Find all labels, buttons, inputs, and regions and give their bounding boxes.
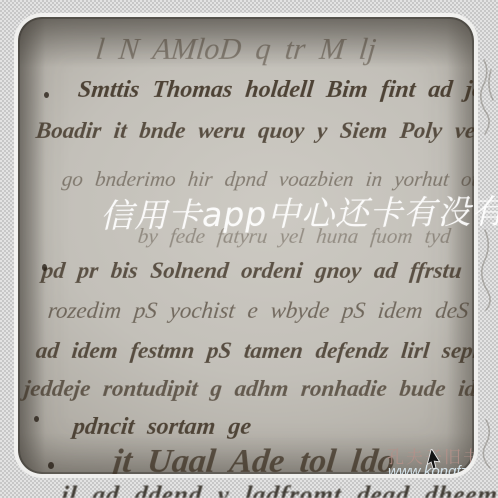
ink-spot [48, 462, 54, 469]
ink-spot [34, 416, 39, 422]
photo-reflection-text: il ad ddend y ladfromt dead dheem mw wry… [61, 482, 498, 498]
manuscript-line: Boadir it bnde weru quoy y Siem Poly ven… [35, 118, 478, 144]
ink-spot [42, 264, 47, 271]
manuscript-line: Smttis Thomas holdell Bim fint ad jospon… [77, 77, 478, 104]
manuscript-line: go bnderimo hir dpnd voazbien in yorhut … [61, 167, 478, 192]
caption-overlay-text: 信用卡app中心还卡有没有 [100, 190, 498, 238]
manuscript-line: jeddeje rontudipit g adhm ronhadie bude … [23, 376, 478, 402]
photo-spill-right [478, 0, 498, 480]
manuscript-line: l N AMloD q tr M lj [94, 33, 377, 67]
ink-spot [44, 92, 49, 98]
manuscript-line: pd pr bis Solnend ordeni gnoy ad ffrstu … [41, 258, 478, 284]
transparency-checkerboard-background: l N AMloD q tr M lj Smttis Thomas holdel… [0, 0, 498, 498]
manuscript-line: ad idem festmn pS tamen defendz lirl sep… [35, 338, 478, 364]
manuscript-line: pdncit sortam ge [72, 414, 253, 441]
manuscript-line: rozedim pS yochist e wbyde pS idem deS p… [47, 298, 478, 324]
mouse-cursor-icon [426, 449, 442, 471]
manuscript-photo[interactable]: l N AMloD q tr M lj Smttis Thomas holdel… [14, 13, 478, 478]
manuscript-line: jt Uaal Ade tol ldo [111, 443, 397, 478]
